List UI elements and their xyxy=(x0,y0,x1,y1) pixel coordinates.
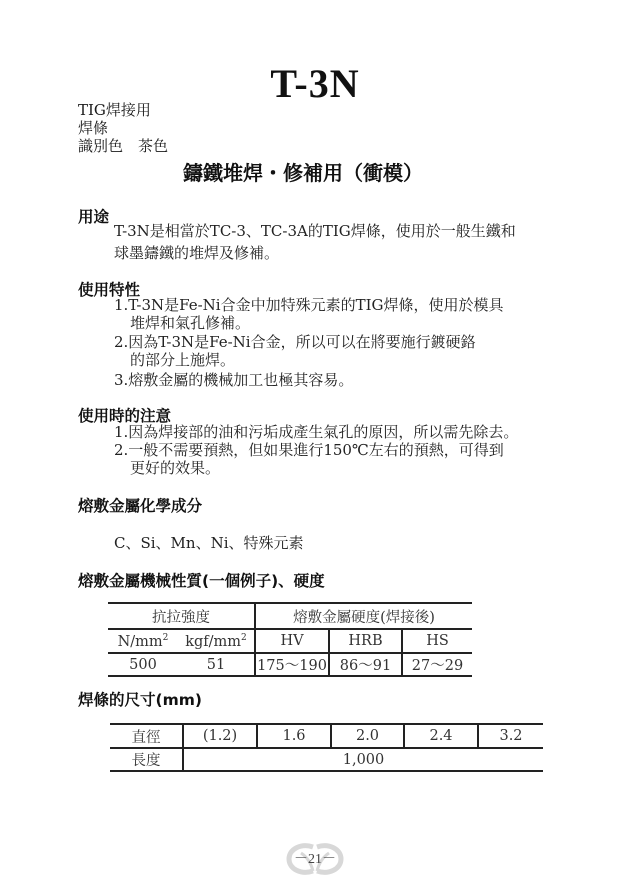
value-hs: 27～29 xyxy=(402,653,472,676)
heading-dimensions: 焊條的尺寸(mm) xyxy=(78,688,202,710)
mechanical-properties-table: 抗拉強度 熔敷金屬硬度(焊接後) N/mm2 kgf/mm2 HV HRB HS… xyxy=(108,602,472,677)
value-tensile-kgf: 51 xyxy=(178,653,255,676)
feature-item-2-cont: 的部分上施焊。 xyxy=(130,349,235,371)
caution-item-2-cont: 更好的效果。 xyxy=(130,457,220,479)
header-tensile-strength: 抗拉強度 xyxy=(108,603,255,629)
product-title: T-3N xyxy=(0,60,630,107)
diameter-3-2: 3.2 xyxy=(478,724,543,748)
unit-hrb: HRB xyxy=(329,629,402,653)
diameter-1-2: (1.2) xyxy=(183,724,257,748)
dimensions-table: 直徑 (1.2) 1.6 2.0 2.4 3.2 長度 1,000 xyxy=(110,723,543,772)
value-hv: 175～190 xyxy=(255,653,329,676)
page-number: －21－ xyxy=(0,848,630,868)
usage-line-1: T-3N是相當於TC-3、TC-3A的TIG焊條，使用於一般生鐵和 xyxy=(114,220,516,242)
unit-kgf-mm2: kgf/mm2 xyxy=(178,629,255,653)
diameter-1-6: 1.6 xyxy=(257,724,331,748)
chemistry-elements: C、Si、Mn、Ni、特殊元素 xyxy=(114,532,304,554)
unit-hs: HS xyxy=(402,629,472,653)
length-value: 1,000 xyxy=(183,748,543,771)
unit-n-mm2: N/mm2 xyxy=(108,629,178,653)
value-tensile-n: 500 xyxy=(108,653,178,676)
diameter-2-0: 2.0 xyxy=(331,724,404,748)
header-hardness: 熔敷金屬硬度(焊接後) xyxy=(255,603,472,629)
heading-chemistry: 熔敷金屬化學成分 xyxy=(78,494,202,516)
label-diameter: 直徑 xyxy=(110,724,183,748)
meta-identification-color: 識別色 茶色 xyxy=(78,137,168,155)
unit-hv: HV xyxy=(255,629,329,653)
heading-mechanical: 熔敷金屬機械性質(一個例子)、硬度 xyxy=(78,569,325,591)
feature-item-3: 3.熔敷金屬的機械加工也極其容易。 xyxy=(114,369,353,391)
meta-product-form: 焊條 xyxy=(78,119,108,137)
usage-line-2: 球墨鑄鐵的堆焊及修補。 xyxy=(114,242,279,264)
meta-welding-type: TIG焊接用 xyxy=(78,101,151,119)
label-length: 長度 xyxy=(110,748,183,771)
value-hrb: 86～91 xyxy=(329,653,402,676)
product-subtitle: 鑄鐵堆焊・修補用（衝模） xyxy=(183,157,423,186)
heading-usage: 用途 xyxy=(78,205,109,227)
diameter-2-4: 2.4 xyxy=(404,724,478,748)
